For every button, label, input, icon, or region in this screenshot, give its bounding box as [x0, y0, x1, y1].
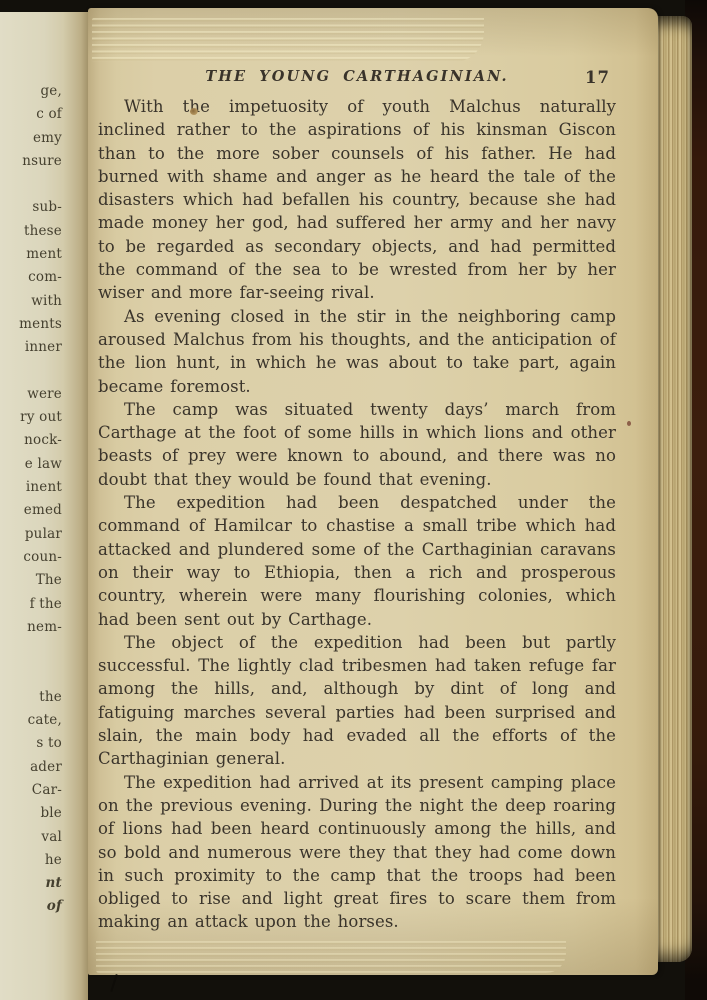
facing-page-text-fragments: ge,c ofemynsuresub-thesementcom-withment… — [0, 80, 64, 919]
page-edge-stack-top — [92, 18, 484, 62]
text-fragment: Car- — [0, 779, 62, 802]
text-fragment: inner — [0, 336, 62, 359]
book-page: THE YOUNG CARTHAGINIAN. 17 With the impe… — [88, 8, 658, 975]
text-fragment: sub- — [0, 196, 62, 219]
text-fragment: The — [0, 569, 62, 592]
running-head: THE YOUNG CARTHAGINIAN. 17 — [98, 68, 616, 92]
page-number: 17 — [585, 68, 610, 87]
text-fragment: ader — [0, 756, 62, 779]
text-fragment: nock- — [0, 429, 62, 452]
paragraph: The object of the expedition had been bu… — [98, 631, 616, 771]
paragraph: As evening closed in the stir in the nei… — [98, 305, 616, 398]
page-crack — [110, 974, 117, 992]
text-fragment: nsure — [0, 150, 62, 173]
text-fragment: pular — [0, 523, 62, 546]
text-fragment: the — [0, 686, 62, 709]
text-fragment: f the — [0, 593, 62, 616]
text-fragment: ment — [0, 243, 62, 266]
text-fragment: e law — [0, 453, 62, 476]
text-fragment: ments — [0, 313, 62, 336]
paragraph: The expedition had arrived at its presen… — [98, 771, 616, 934]
text-fragment: com- — [0, 266, 62, 289]
text-fragment: nt — [0, 872, 62, 895]
text-fragment — [0, 173, 62, 196]
text-fragment: c of — [0, 103, 62, 126]
text-fragment: with — [0, 290, 62, 313]
page-edge-stack-bottom — [96, 941, 566, 973]
paragraph: The camp was situated twenty days’ march… — [98, 398, 616, 491]
paragraph: The expedition had been despatched under… — [98, 491, 616, 631]
text-fragment: ry out — [0, 406, 62, 429]
text-fragment: these — [0, 220, 62, 243]
ink-speck — [627, 421, 631, 426]
text-fragment — [0, 360, 62, 383]
text-fragment: of — [0, 895, 62, 918]
page-edge-stack-right — [652, 16, 692, 962]
text-fragment: nem- — [0, 616, 62, 639]
text-fragment: he — [0, 849, 62, 872]
text-fragment: emed — [0, 499, 62, 522]
text-fragment: s to — [0, 732, 62, 755]
paper-blemish — [190, 108, 198, 115]
text-fragment: val — [0, 826, 62, 849]
text-fragment: were — [0, 383, 62, 406]
text-fragment — [0, 639, 62, 662]
paragraph: With the impetuosity of youth Malchus na… — [98, 95, 616, 305]
text-fragment — [0, 662, 62, 685]
text-fragment: cate, — [0, 709, 62, 732]
text-fragment: emy — [0, 127, 62, 150]
text-fragment: inent — [0, 476, 62, 499]
page-text: With the impetuosity of youth Malchus na… — [98, 95, 616, 934]
text-fragment: ble — [0, 802, 62, 825]
text-fragment: coun- — [0, 546, 62, 569]
page-title: THE YOUNG CARTHAGINIAN. — [98, 68, 616, 85]
text-fragment: ge, — [0, 80, 62, 103]
